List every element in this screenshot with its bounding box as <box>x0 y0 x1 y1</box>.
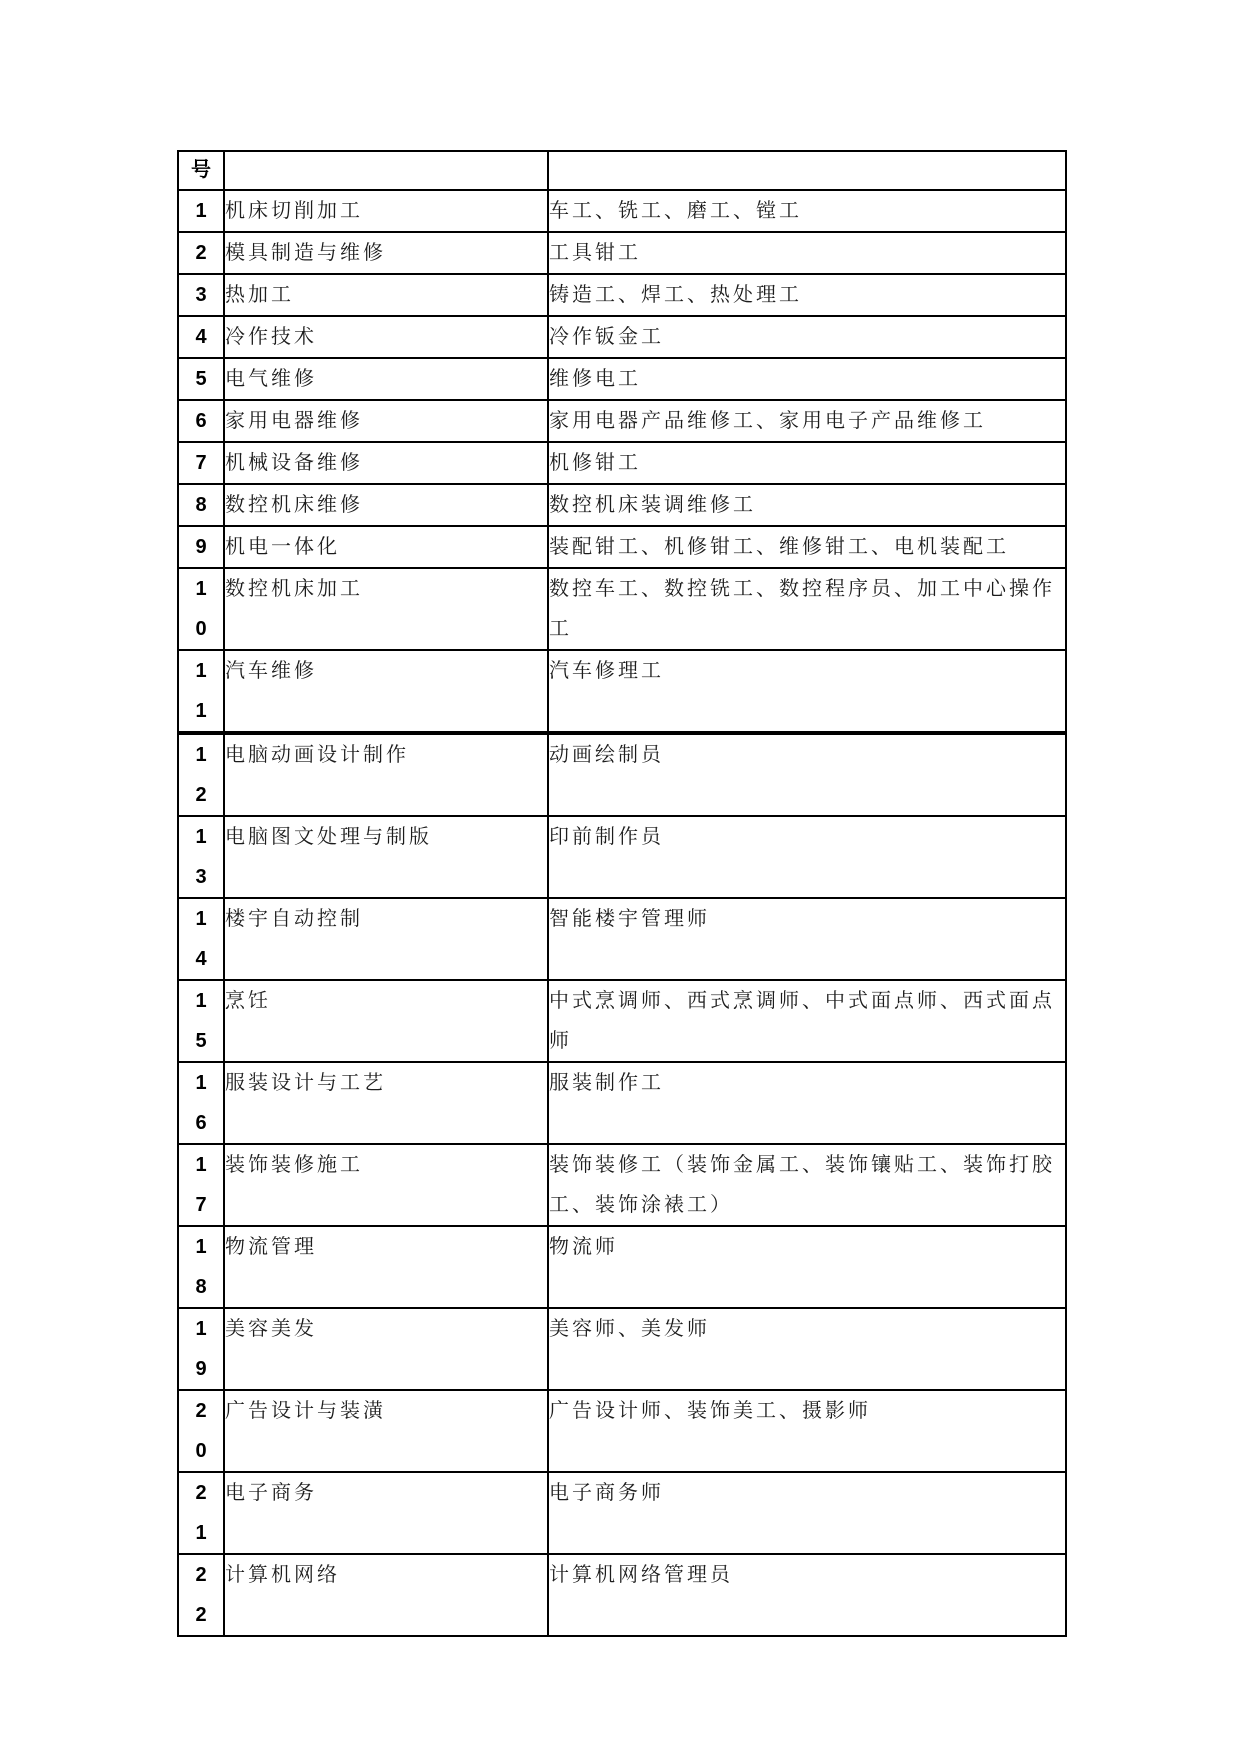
program-cell: 家用电器维修 <box>224 400 548 442</box>
table-row: 2 模具制造与维修 工具钳工 <box>178 232 1066 274</box>
table-row: 2 1 电子商务 电子商务师 <box>178 1472 1066 1554</box>
table-row: 1 机床切削加工 车工、铣工、磨工、镗工 <box>178 190 1066 232</box>
occupations-cell: 装饰装修工（装饰金属工、装饰镶贴工、装饰打胶工、装饰涂裱工） <box>548 1144 1066 1226</box>
program-cell: 模具制造与维修 <box>224 232 548 274</box>
row-number-cell: 2 1 <box>178 1472 224 1554</box>
program-cell: 电脑动画设计制作 <box>224 733 548 816</box>
occupations-cell: 计算机网络管理员 <box>548 1554 1066 1636</box>
header-number-cell: 号 <box>178 151 224 190</box>
table-row: 1 2 电脑动画设计制作 动画绘制员 <box>178 733 1066 816</box>
header-occupations-cell <box>548 151 1066 190</box>
row-number-cell: 1 1 <box>178 650 224 733</box>
row-number-cell: 9 <box>178 526 224 568</box>
program-cell: 机电一体化 <box>224 526 548 568</box>
row-number-cell: 7 <box>178 442 224 484</box>
table-row: 1 9 美容美发 美容师、美发师 <box>178 1308 1066 1390</box>
program-cell: 服装设计与工艺 <box>224 1062 548 1144</box>
program-cell: 电子商务 <box>224 1472 548 1554</box>
table-row: 3 热加工 铸造工、焊工、热处理工 <box>178 274 1066 316</box>
occupations-cell: 印前制作员 <box>548 816 1066 898</box>
table-row: 1 6 服装设计与工艺 服装制作工 <box>178 1062 1066 1144</box>
table-row: 5 电气维修 维修电工 <box>178 358 1066 400</box>
occupations-cell: 数控机床装调维修工 <box>548 484 1066 526</box>
occupations-cell: 冷作钣金工 <box>548 316 1066 358</box>
program-cell: 汽车维修 <box>224 650 548 733</box>
occupations-cell: 动画绘制员 <box>548 733 1066 816</box>
table-row: 2 0 广告设计与装潢 广告设计师、装饰美工、摄影师 <box>178 1390 1066 1472</box>
row-number-cell: 1 5 <box>178 980 224 1062</box>
row-number-cell: 1 0 <box>178 568 224 650</box>
table-row: 8 数控机床维修 数控机床装调维修工 <box>178 484 1066 526</box>
table-row: 2 2 计算机网络 计算机网络管理员 <box>178 1554 1066 1636</box>
table-row: 9 机电一体化 装配钳工、机修钳工、维修钳工、电机装配工 <box>178 526 1066 568</box>
occupations-cell: 家用电器产品维修工、家用电子产品维修工 <box>548 400 1066 442</box>
program-cell: 广告设计与装潢 <box>224 1390 548 1472</box>
occupations-cell: 美容师、美发师 <box>548 1308 1066 1390</box>
row-number-cell: 1 2 <box>178 733 224 816</box>
row-number-cell: 5 <box>178 358 224 400</box>
program-cell: 机床切削加工 <box>224 190 548 232</box>
occupations-cell: 汽车修理工 <box>548 650 1066 733</box>
occupations-cell: 数控车工、数控铣工、数控程序员、加工中心操作工 <box>548 568 1066 650</box>
table-header-row: 号 <box>178 151 1066 190</box>
occupations-cell: 智能楼宇管理师 <box>548 898 1066 980</box>
occupations-cell: 车工、铣工、磨工、镗工 <box>548 190 1066 232</box>
row-number-cell: 3 <box>178 274 224 316</box>
program-cell: 机械设备维修 <box>224 442 548 484</box>
table-row: 1 4 楼宇自动控制 智能楼宇管理师 <box>178 898 1066 980</box>
table-row: 1 5 烹饪 中式烹调师、西式烹调师、中式面点师、西式面点师 <box>178 980 1066 1062</box>
row-number-cell: 2 0 <box>178 1390 224 1472</box>
row-number-cell: 1 <box>178 190 224 232</box>
training-program-table: 号 1 机床切削加工 车工、铣工、磨工、镗工 2 模具制造与维修 工具钳工 3 … <box>177 150 1067 1637</box>
row-number-cell: 1 9 <box>178 1308 224 1390</box>
row-number-cell: 4 <box>178 316 224 358</box>
program-cell: 美容美发 <box>224 1308 548 1390</box>
occupations-cell: 物流师 <box>548 1226 1066 1308</box>
program-cell: 电脑图文处理与制版 <box>224 816 548 898</box>
program-cell: 数控机床维修 <box>224 484 548 526</box>
header-program-cell <box>224 151 548 190</box>
row-number-cell: 2 <box>178 232 224 274</box>
program-cell: 物流管理 <box>224 1226 548 1308</box>
table-row: 6 家用电器维修 家用电器产品维修工、家用电子产品维修工 <box>178 400 1066 442</box>
program-cell: 热加工 <box>224 274 548 316</box>
row-number-cell: 6 <box>178 400 224 442</box>
row-number-cell: 1 7 <box>178 1144 224 1226</box>
program-cell: 楼宇自动控制 <box>224 898 548 980</box>
program-cell: 电气维修 <box>224 358 548 400</box>
occupations-cell: 中式烹调师、西式烹调师、中式面点师、西式面点师 <box>548 980 1066 1062</box>
table-row: 1 3 电脑图文处理与制版 印前制作员 <box>178 816 1066 898</box>
occupations-cell: 机修钳工 <box>548 442 1066 484</box>
program-cell: 数控机床加工 <box>224 568 548 650</box>
occupations-cell: 铸造工、焊工、热处理工 <box>548 274 1066 316</box>
row-number-cell: 8 <box>178 484 224 526</box>
row-number-cell: 1 4 <box>178 898 224 980</box>
occupations-cell: 电子商务师 <box>548 1472 1066 1554</box>
table-row: 4 冷作技术 冷作钣金工 <box>178 316 1066 358</box>
table-row: 1 7 装饰装修施工 装饰装修工（装饰金属工、装饰镶贴工、装饰打胶工、装饰涂裱工… <box>178 1144 1066 1226</box>
program-cell: 装饰装修施工 <box>224 1144 548 1226</box>
table-row: 7 机械设备维修 机修钳工 <box>178 442 1066 484</box>
row-number-cell: 2 2 <box>178 1554 224 1636</box>
table-row: 1 0 数控机床加工 数控车工、数控铣工、数控程序员、加工中心操作工 <box>178 568 1066 650</box>
document-page: 号 1 机床切削加工 车工、铣工、磨工、镗工 2 模具制造与维修 工具钳工 3 … <box>0 0 1241 1754</box>
occupations-cell: 工具钳工 <box>548 232 1066 274</box>
row-number-cell: 1 8 <box>178 1226 224 1308</box>
row-number-cell: 1 3 <box>178 816 224 898</box>
table-row: 1 8 物流管理 物流师 <box>178 1226 1066 1308</box>
occupations-cell: 维修电工 <box>548 358 1066 400</box>
program-cell: 计算机网络 <box>224 1554 548 1636</box>
occupations-cell: 广告设计师、装饰美工、摄影师 <box>548 1390 1066 1472</box>
occupations-cell: 服装制作工 <box>548 1062 1066 1144</box>
table-row: 1 1 汽车维修 汽车修理工 <box>178 650 1066 733</box>
row-number-cell: 1 6 <box>178 1062 224 1144</box>
program-cell: 烹饪 <box>224 980 548 1062</box>
program-cell: 冷作技术 <box>224 316 548 358</box>
occupations-cell: 装配钳工、机修钳工、维修钳工、电机装配工 <box>548 526 1066 568</box>
